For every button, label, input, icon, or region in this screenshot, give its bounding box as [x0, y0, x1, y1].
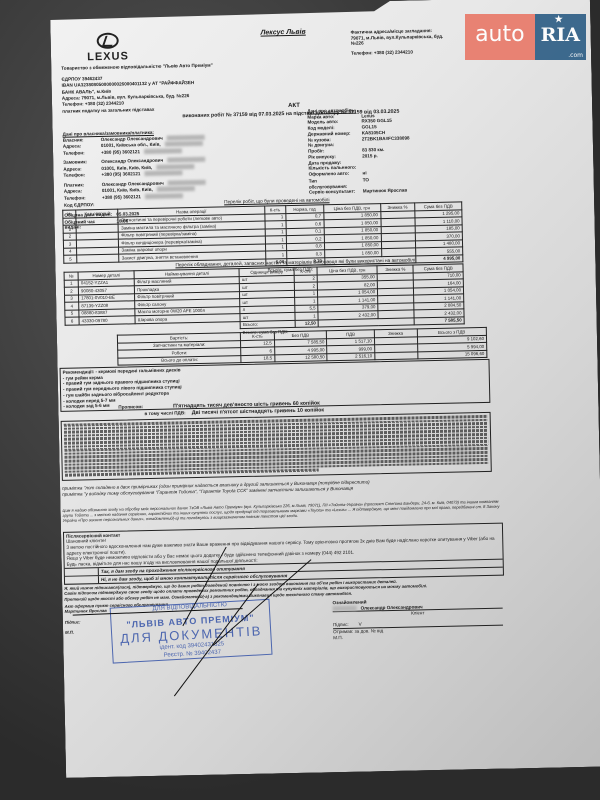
notes: примітка "лот складено в двох примірника…: [62, 477, 492, 497]
service-act-document: LEXUS Лексус Львів Товариство з обмежено…: [50, 0, 600, 778]
terms-fine-print: [61, 412, 492, 481]
owner-row-label: Код ЄДРПОУ:: [64, 202, 98, 208]
amount-words-label: Прописом:: [118, 404, 143, 411]
client-signature-block: Ознайомлений Олександр Олександрович Клі…: [332, 597, 503, 641]
vat-words-label: в тому числі ПДВ:: [144, 410, 185, 417]
service-type: ТО: [363, 177, 370, 189]
lexus-logo: LEXUS: [73, 32, 144, 65]
consultant-name: Мартинюк Ярослав: [363, 188, 407, 195]
redacted-block: [144, 148, 182, 154]
lexus-emblem-icon: [97, 33, 119, 49]
watermark-ria-text: RIA: [541, 24, 580, 46]
redacted-block: [168, 180, 206, 186]
survey-yes-checkbox[interactable]: [65, 569, 99, 576]
service-type-label: Тип обслуговування:: [309, 178, 357, 190]
company-details: Товариство з обмеженою відповідальністю …: [61, 62, 262, 115]
redacted-block: [157, 186, 195, 192]
document-dealer-title: Лексус Львів: [260, 29, 305, 39]
table-cell: 15 096,60: [417, 350, 487, 359]
owner-row-value: +380 (95) 3602121: [101, 172, 140, 179]
address-phone: Телефон: +380 (32) 2344210: [351, 48, 471, 56]
table-cell: 12 580,50: [274, 353, 327, 362]
redacted-block: [167, 157, 205, 163]
owner-row-label: Адреса:: [63, 143, 97, 149]
redacted-block: [167, 135, 205, 141]
owner-row-label: Телефон:: [63, 172, 97, 178]
watermark-ria: ★ RIA .com: [535, 14, 586, 60]
survey-no-checkbox[interactable]: [65, 576, 99, 583]
owner-row-label: Телефон:: [64, 195, 98, 201]
car-row-label: Оформлено авто:: [308, 171, 356, 178]
sign-label: Підпис:: [333, 622, 349, 628]
redacted-block: [144, 171, 182, 177]
car-row-value: 2015 р.: [362, 153, 378, 159]
owner-row-label: Власник:: [63, 137, 97, 143]
owner-row-label: Замовник:: [63, 159, 97, 165]
redacted-block: [145, 193, 183, 199]
table-cell: 18,5: [241, 354, 274, 362]
watermark-auto: auto: [465, 14, 535, 60]
survey-box: Післясервісний контакт Шановний клієнте!…: [63, 523, 504, 585]
table-cell: [375, 351, 418, 359]
consultant-label: Сервіс-консультант:: [309, 189, 357, 196]
car-details: Дані про автомобіль: Марка авто:LexusМод…: [307, 105, 488, 178]
car-row-value: 2T2BK1BA#FC338098: [362, 135, 410, 142]
owner-row-value: +380 (95) 3602121: [101, 149, 140, 156]
act-title: АКТ: [288, 103, 300, 111]
logo-text: LEXUS: [73, 50, 143, 65]
owner-row-label: Адреса:: [63, 166, 97, 172]
personal-data-consent: Цим я надаю обізнаною згоду на обробку м…: [62, 499, 502, 523]
service-details: Тип обслуговування:ТО Сервіс-консультант…: [309, 175, 489, 196]
owner-row-label: Платник:: [64, 182, 98, 188]
client-signature: V: [359, 622, 362, 628]
redacted-block: [165, 141, 203, 147]
autoria-watermark: auto ★ RIA .com: [465, 14, 586, 60]
owner-row-label: Адреса:: [64, 188, 98, 194]
redacted-block: [156, 164, 194, 170]
owner-row-value: +380 (95) 3602121: [102, 194, 141, 201]
car-row-value: ні: [362, 170, 366, 176]
table-cell: 2 516,10: [327, 352, 375, 360]
owner-row-label: Телефон:: [63, 150, 97, 156]
watermark-domain: .com: [568, 52, 583, 59]
actual-address: Фактична адреса/місце загладання: 79071,…: [351, 27, 472, 56]
star-icon: ★: [555, 15, 563, 25]
